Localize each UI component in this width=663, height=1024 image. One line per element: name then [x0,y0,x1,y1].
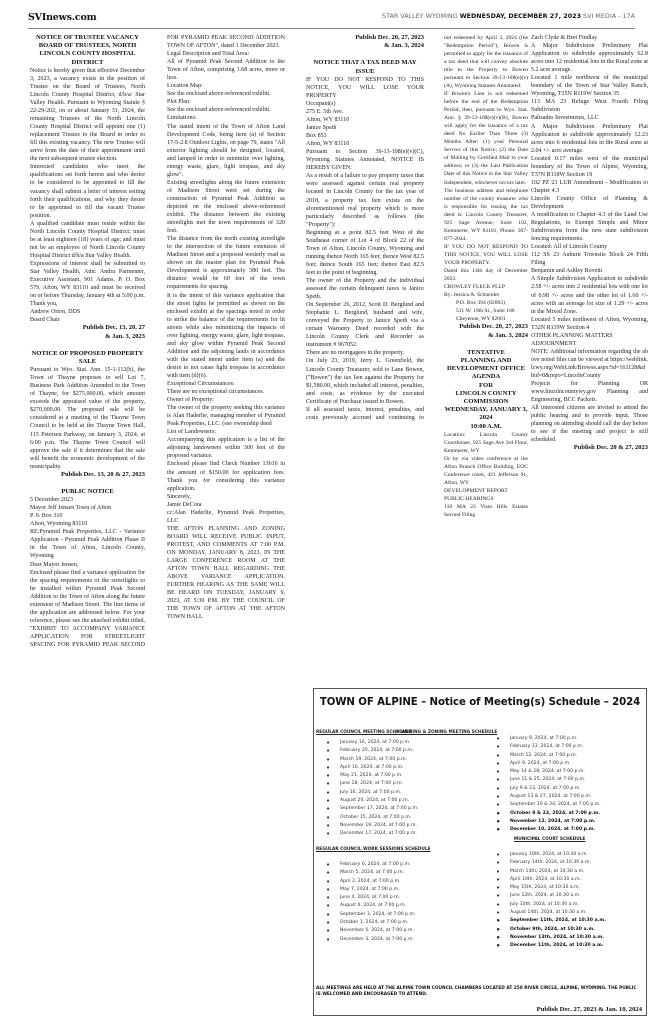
section-label: Plot Plan: [167,98,285,106]
schedule-item: June 12th, 2024, at 10:30 a.m. [496,892,606,900]
tax-deed-warning: IF YOU DO NOT RESPOND TO THIS NOTICE, YO… [306,76,424,100]
schedule-item: March 13th, 2024, at 10:30 a.m. [496,868,606,876]
agenda-applicant: Lincoln County Office of Planning & Deve… [531,195,648,211]
agenda-item: 102 PZ 23 LUR Amendment - Modification t… [531,179,648,195]
tax-deed-warning: IF YOU DO NOT RESPOND TO THIS NOTICE, YO… [444,243,528,267]
column-1: NOTICE OF TRUSTEE VACANCYBOARD OF TRUSTE… [30,34,145,649]
trustee-signer-title: Board Chair [30,316,145,324]
schedule-item: August 14th, 2024, at 10:30 a.m. [496,909,606,917]
tax-deed-paragraph: On July 23, 2019, Jerry L. Greenfield, t… [306,357,424,405]
schedule-item: March 19, 2024, at 7:00 p.m. [326,756,418,764]
dateline: STAR VALLEY WYOMING WEDNESDAY, DECEMBER … [382,13,635,20]
schedule-item: November 19, 2024, at 7:00 p.m. [326,822,418,830]
tax-deed-paragraph-continued: not redeemed by April 3, 2024 (the "Rede… [444,34,528,90]
schedule-item: August 20, 2024, at 7:00 p.m. [326,797,418,805]
section-text: Accompanying this application is a list … [167,436,285,460]
section-text: The distance from the north existing str… [167,235,285,291]
agenda-location-detail: Located 0.17 miles west of the municipal… [531,155,648,179]
section-text: All of Pyramid Peak Second Addition to t… [167,58,285,82]
issue-date: WEDNESDAY, DECEMBER 27, 2023 [460,13,581,20]
alpine-schedule-title: TOWN OF ALPINE – Notice of Meeting(s) Sc… [314,697,646,708]
letter-address: Afton, Wyoming 83110 [30,520,145,528]
pz-meeting-heading: PLANNING & ZONING MEETING SCHEDULE [396,730,497,735]
schedule-item: May 15th, 2024, at 10:30 a.m. [496,884,606,892]
section-label: Legal Description and Total Area: [167,50,285,58]
schedule-item: July 16, 2024, at 7:00 p.m. [326,789,418,797]
section-text: The owner of the property seeking this v… [167,404,285,428]
alpine-footnote: ALL MEETINGS ARE HELD AT THE ALPINE TOWN… [316,986,642,999]
trustee-paragraph: Notice is hereby given that effective De… [30,67,145,164]
agenda-applicant: Benjamin and Ashley Rovetti [531,267,648,275]
schedule-item: September 10 & 24, 2024, at 7:00 p.m. [496,801,601,809]
section-text: See the enclosed above-referenced exhibi… [167,106,285,114]
schedule-item: September 11th, 2024, at 10:30 a.m. [496,917,606,925]
tax-deed-paragraph: Beginning at a point 82.5 feet West of t… [306,229,424,277]
column-5: Zach Clyde & Bret Findlay A Major Subdiv… [531,34,648,453]
agenda-projects-link[interactable]: Projects for Planning OR www.lincolncoun… [531,380,648,404]
tax-deed-title: NOTICE THAT A TAX DEED MAY ISSUE [306,59,424,75]
previous-publish-dates: Publish Dec. 20, 27, 2023& Jan. 3, 2024 [306,34,424,50]
tax-deed-paragraph: Pursuant to Section 39-13-108(e)(v)(C), … [306,148,424,172]
schedule-item: December 3, 2024, at 7:00 p.m. [326,936,415,944]
schedule-item: April 16, 2024, at 7:00 p.m. [326,764,418,772]
property-sale-title: NOTICE OF PROPOSED PROPERTY SALE [30,350,145,366]
schedule-item: January 10th, 2024, at 10:30 a.m. [496,851,606,859]
agenda-heading: OTHER PLANNING MATTERS [531,332,648,340]
letter-signer: Jamie DeCora [167,501,285,509]
agenda-description: A Major Subdivision Preliminary Plat App… [531,42,648,74]
schedule-item: November 12, 2024, at 7:00 p.m. [496,818,601,826]
section-text: The stated intent of the Town of Afton L… [167,123,285,179]
section-text: It is the intent of this variance applic… [167,292,285,381]
work-session-heading: REGULAR COUNCIL WORK SESSIONS SCHEDULE [316,847,431,852]
schedule-item: December 10, 2024, at 7:00 p.m. [496,826,601,834]
schedule-item: September 17, 2024, at 7:00 p.m. [326,805,418,813]
section-label: List of Landowners: [167,428,285,436]
schedule-item: October 9th, 2024, at 10:30 a.m. [496,926,606,934]
schedule-item: June 18, 2024, at 7:00 p.m. [326,780,418,788]
firm-address: P.O. Box 394 (82003) [444,299,528,307]
section-label: Limitations: [167,114,285,122]
schedule-item: April 2, 2024, at 7:00 p.m. [326,878,415,886]
schedule-item: June 4, 2024, at 7:00 p.m. [326,894,415,902]
municipal-court-heading: MUNICIPAL COURT SCHEDULE [514,837,585,842]
property-sale-publish-dates: Publish Dec. 13, 20 & 27, 2023 [30,471,145,479]
schedule-item: March 5, 2024, at 7:00 p.m. [326,869,415,877]
hearing-notice: THE AFTON PLANNING AND ZONING BOARD WILL… [167,525,285,622]
agenda-heading: DEVELOPMENT REPORT [444,487,528,495]
schedule-item: July 9 & 23, 2024, at 7:00 p.m. [496,785,601,793]
letter-address: P. 0. Box 310 [30,512,145,520]
attorney: By: Jessica A. Schneider [444,291,528,299]
agenda-title: TENTATIVEPLANNING ANDDEVELOPMENT OFFICEA… [444,349,528,431]
agenda-description: A modification to Chapter 4.3 of the Lan… [531,211,648,243]
council-meeting-list: January 16, 2024, at 7:00 p.m. February … [326,739,418,839]
trustee-paragraph: A qualified candidate must reside within… [30,220,145,260]
agenda-location-detail: Located 5 miles northwest of Afton, Wyom… [531,316,648,332]
agenda-item: 113 MA 23 Refuge West Fourth Filing Subd… [531,98,648,114]
agenda-applicant: Palisades Investments, LLC [531,114,648,122]
tax-deed-address: Afton, WY 83110 [306,140,424,148]
schedule-item: March 12, 2024, at 7:00 p.m. [496,752,601,760]
schedule-item: September 3, 2024, at 7:00 p.m. [326,911,415,919]
section-text: Enclosed please find Check Number 13616 … [167,460,285,492]
schedule-item: February 14th, 2024, at 10:30 a.m. [496,859,606,867]
column-4: not redeemed by April 3, 2024 (the "Rede… [444,34,528,519]
letter-subject: RE:Pyramid Peak Properties, LLC - Varian… [30,528,145,560]
tax-deed-paragraph: If all assessed taxes, interest, penalti… [306,406,424,422]
agenda-location-detail: Located 1 mile northwest of the municipa… [531,74,648,98]
schedule-item: June 11 & 25, 2024, at 7:00 p.m. [496,776,601,784]
tax-deed-dated: Dated this 14th day of December 2023. [444,267,528,283]
column-3: Publish Dec. 20, 27, 2023& Jan. 3, 2024 … [306,34,424,422]
tax-deed-paragraph: There are no mortgagees in the property. [306,349,424,357]
schedule-item: October 1, 2024, at 7:00 p.m. [326,919,415,927]
trustee-paragraph: Interested candidates who meet the quali… [30,163,145,219]
pz-meeting-list: January 9, 2024, at 7:00 p.m. February 1… [496,735,601,835]
site-name: SVInews.com [28,12,96,23]
trustee-signoff: Thank you, [30,300,145,308]
schedule-item: April 10th, 2024, at 10:30 a.m. [496,876,606,884]
firm-address: Cheyenne, WY 82001 [444,315,528,323]
schedule-item: May 14 & 28, 2024, at 7:00 p.m. [496,768,601,776]
agenda-location: Location: Lincoln County Courthouse, 925… [444,431,528,455]
schedule-item: November 13th, 2024, at 10:30 a.m. [496,934,606,942]
agenda-video: Or by via video conference at the Afton … [444,455,528,487]
agenda-item: 112 SS 23 Auburn Townsite Block 24 Fifth… [531,251,648,267]
agenda-heading: PUBLIC HEARINGS [444,495,528,503]
tax-deed-address: Occupant(s) [306,100,424,108]
agenda-note[interactable]: NOTE: Additional information regarding t… [531,348,648,380]
schedule-item: January 16, 2024, at 7:00 p.m. [326,739,418,747]
work-session-list: February 6, 2024, at 7:00 p.m. March 5, … [326,861,415,944]
tax-deed-paragraph: On September 26, 2012, Scott D. Berglund… [306,301,424,349]
agenda-description: A Major Subdivision Preliminary Plat App… [531,123,648,155]
trustee-signer: Andrew Orton, DDS [30,308,145,316]
section-label: Owner of Property: [167,396,285,404]
law-firm: CROWLEY FLECK PLLP [444,283,528,291]
section-text: Existing streetlights along the future e… [167,179,285,235]
page-number: SVI MEDIA - 17A [581,13,635,20]
tax-deed-address: Afton, WY 83110 [306,116,424,124]
trustee-notice-title: NOTICE OF TRUSTEE VACANCYBOARD OF TRUSTE… [30,34,145,67]
agenda-invitation: All interested citizens are invited to a… [531,404,648,444]
agenda-location-detail: Located: All of Lincoln County [531,243,648,251]
schedule-item: August 13 & 27, 2024, at 7:00 p.m. [496,793,601,801]
letter-salutation: Dear Mayor Jensen, [30,561,145,569]
tax-deed-paragraph: As a result of a failure to pay property… [306,172,424,228]
tax-deed-address: Janice Speth [306,124,424,132]
trustee-paragraph: Expressions of interest shall be submitt… [30,260,145,300]
schedule-item: April 9, 2024, at 7:00 p.m. [496,760,601,768]
masthead: SVInews.com STAR VALLEY WYOMING WEDNESDA… [28,12,635,29]
firm-address: 511 W. 19th St., Suite 100 [444,307,528,315]
tax-deed-publish-dates: Publish Dec. 20, 27, 2023& Jan. 3, 2024 [444,323,528,339]
section-text: See the enclosed above-referenced exhibi… [167,90,285,98]
section-label: Location Map: [167,82,285,90]
schedule-item: May 21, 2024, at 7:00 p.m. [326,772,418,780]
schedule-item: February 6, 2024, at 7:00 p.m. [326,861,415,869]
schedule-item: December 11th, 2024, at 10:30 a.m. [496,942,606,950]
agenda-description: A Simple Subdivision Application to subd… [531,275,648,315]
letter-date: 5 December 2023 [30,496,145,504]
alpine-schedule-box: TOWN OF ALPINE – Notice of Meeting(s) Sc… [313,688,647,1016]
agenda-heading: ADJOURNMENT [531,340,648,348]
schedule-item: February 20, 2024, at 7:00 p.m. [326,747,418,755]
letter-closing: Sincerely, [167,493,285,501]
schedule-item: November 5, 2024, at 7:00 p.m. [326,927,415,935]
schedule-item: July 10th, 2024, at 10:30 a.m. [496,901,606,909]
trustee-publish-dates: Publish Dec. 13, 20, 27& Jan. 3, 2023 [30,324,145,340]
section-text: There are no exceptional circumstances. [167,388,285,396]
letter-cc: cc:Alan Haderlie, Pyramid Peak Propertie… [167,509,285,525]
schedule-item: February 13, 2024, at 7:00 p.m. [496,743,601,751]
column-2: FOR PYRAMID PEAK SECOND ADDITION TOWN OF… [167,34,285,621]
tax-deed-paragraph: The owner of the Property and the indivi… [306,277,424,301]
property-sale-body: Pursuant to Wyo. Stat. Ann. 15-1-112(b),… [30,366,145,471]
schedule-item: October 8 & 22, 2024, at 7:00 p.m. [496,810,601,818]
schedule-item: January 9, 2024, at 7:00 p.m. [496,735,601,743]
alpine-publish-dates: Publish Dec. 27, 2023 & Jan. 10, 2024 [537,1006,642,1013]
agenda-applicant: Zach Clyde & Bret Findlay [531,34,648,42]
letter-paragraph-continued: FOR PYRAMID PEAK SECOND ADDITION TOWN OF… [167,34,285,50]
letter-paragraph: Enclosed please find a variance applicat… [30,569,145,649]
municipal-court-list: January 10th, 2024, at 10:30 a.m. Februa… [496,851,606,951]
letter-recipient: Mayor Jeff Jensen Town of Afton [30,504,145,512]
schedule-item: October 15, 2024, at 7:00 p.m. [326,814,418,822]
agenda-item: 110 MA 23 Vista Hills Estates Second Fil… [444,503,528,519]
agenda-publish-dates: Publish Dec. 20 & 27, 2023 [531,444,648,452]
section-label: Exceptional Circumstances: [167,380,285,388]
tax-deed-paragraph: If Bowen's Lien is not redeemed before t… [444,90,528,187]
tax-deed-address: 275 E. 5th Ave. [306,108,424,116]
schedule-item: May 7, 2024, at 7:00 p.m. [326,886,415,894]
schedule-item: August 6, 2024, at 7:00 p.m. [326,902,415,910]
tax-deed-address: Box 853 [306,132,424,140]
tax-deed-paragraph: The business address and telephone numbe… [444,187,528,243]
schedule-item: December 17, 2024, at 7:00 p.m. [326,830,418,838]
public-notice-title: PUBLIC NOTICE [30,488,145,496]
